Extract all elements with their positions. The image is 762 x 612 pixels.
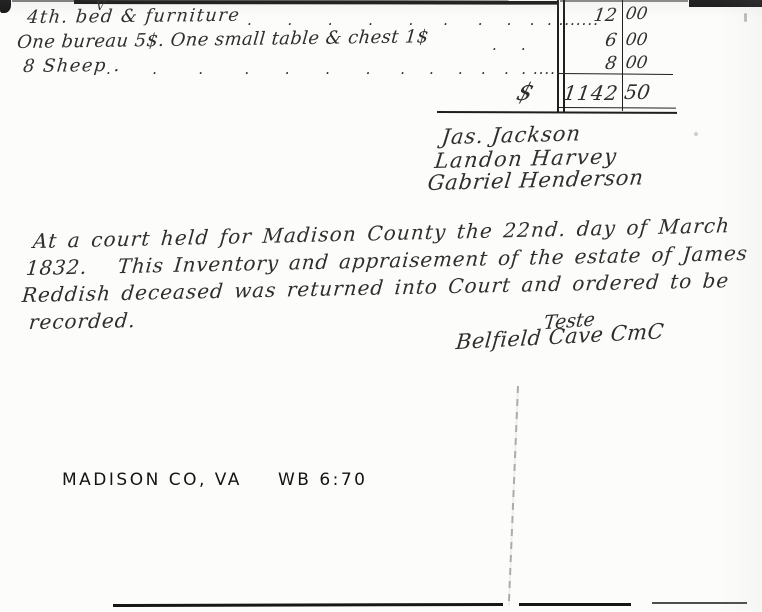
amount-cents: 00: [624, 5, 648, 24]
total-dollars: 1142: [555, 82, 620, 104]
archive-stamp: MADISON CO, VA WB 6:70: [62, 470, 368, 490]
archive-stamp-reference: WB 6:70: [278, 470, 368, 490]
amount-dollars: 12: [565, 6, 618, 26]
scan-edge-top: [560, 0, 688, 2]
dot-leader: . .: [492, 37, 527, 54]
amount-dollars: 8: [565, 54, 618, 74]
ink-speck: [694, 132, 698, 136]
scan-edge-top: [12, 0, 74, 2]
scan-edge-top: [74, 0, 558, 5]
ledger-row-label: 4th. bed & furniture: [26, 6, 241, 28]
ledger-rule-total-bottom: [437, 111, 677, 113]
paper-crease: [508, 386, 519, 606]
archive-stamp-location: MADISON CO, VA: [62, 470, 242, 490]
ledger-row-label: One bureau 5$. One small table & chest 1…: [16, 27, 429, 53]
scan-edge-top: [689, 0, 762, 7]
scan-edge-bottom: [652, 602, 747, 604]
amount-cents: 00: [624, 31, 648, 50]
scan-edge-bottom: [113, 603, 503, 607]
amount-cents: 00: [624, 54, 648, 73]
scan-edge-bottom: [519, 603, 631, 606]
dot-leader: . . . . . . . . . . . . . ......: [106, 61, 567, 78]
amount-dollars: 6: [565, 31, 618, 51]
ledger-rule-total-top: [558, 107, 676, 109]
signature-name: Gabriel Henderson: [426, 166, 645, 195]
court-record-line: recorded.: [28, 309, 137, 333]
total-cents: 50: [623, 81, 652, 103]
clerk-signature: Belfield Cave CmC: [455, 320, 665, 354]
scan-edge-top-left: [0, 0, 11, 13]
currency-mark: $: [513, 79, 537, 105]
document-scan: V 4th. bed & furniture . . . . . . . . .…: [0, 0, 762, 612]
ink-speck: [744, 13, 747, 22]
